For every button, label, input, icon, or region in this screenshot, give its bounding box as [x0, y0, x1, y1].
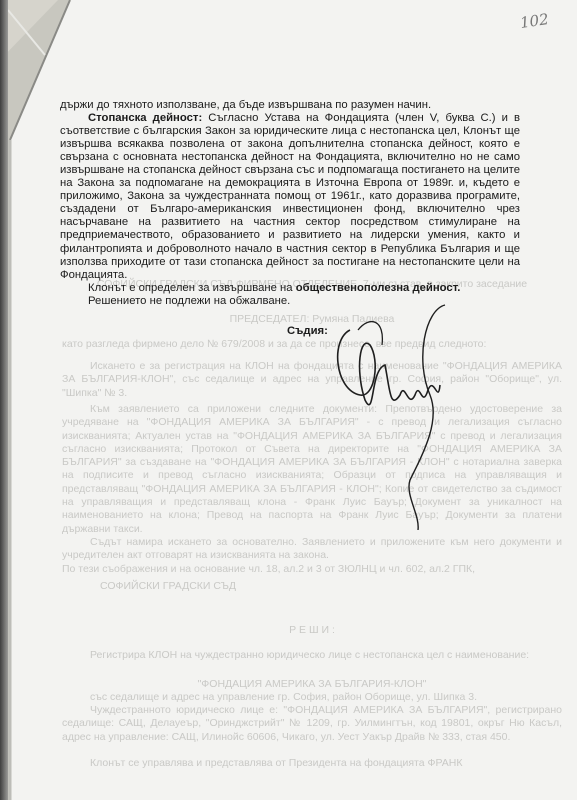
paragraph-business-activity: Стопанска дейност: Съгласно Устава на Фо… [60, 112, 520, 282]
paragraph-text: Съгласно Устава на Фондацията (член V, б… [60, 112, 520, 281]
ghost-line: Клонът се управлява и представлява от Пр… [62, 757, 562, 770]
ghost-line: Искането е за регистрация на КЛОН на фон… [62, 360, 562, 400]
ghost-line: като разгледа фирмено дело № 679/2008 и … [62, 338, 562, 351]
ghost-line: със седалище и адрес на управление гр. С… [62, 691, 562, 704]
paragraph-continuation: държи до тяхното използване, да бъде изв… [60, 99, 520, 112]
ghost-line: Р Е Ш И : [62, 624, 562, 637]
page-number: 102 [519, 10, 550, 32]
ghost-line: Към заявлението са приложени следните до… [62, 403, 562, 536]
ghost-line: Съдът намира искането за основателно. За… [62, 536, 562, 563]
document-page: 102 СОФИЙСКИ ГРАДСКИ СЪД ФИРМЕНО ОТДЕЛЕН… [0, 0, 577, 800]
signature-icon [330, 300, 460, 530]
paragraph-public-benefit: Клонът е определен за извършване на обще… [60, 282, 520, 295]
ghost-line: Регистрира КЛОН на чуждестранно юридичес… [62, 649, 562, 662]
paragraph-heading: Стопанска дейност: [88, 112, 202, 124]
judge-label: Съдия: [287, 325, 328, 337]
paragraph-bold-tail: общественополезна дейност. [296, 282, 461, 294]
ghost-line: По тези съображения и на основание чл. 1… [62, 563, 562, 576]
paragraph-text: Клонът е определен за извършване на [88, 282, 296, 294]
ghost-line: Чуждестранното юридическо лице е: "ФОНДА… [62, 704, 562, 744]
ghost-line: СОФИЙСКИ ГРАДСКИ СЪД [100, 580, 577, 593]
document-body: държи до тяхното използване, да бъде изв… [60, 99, 520, 308]
ghost-line: "ФОНДАЦИЯ АМЕРИКА ЗА БЪЛГАРИЯ-КЛОН" [62, 678, 562, 691]
